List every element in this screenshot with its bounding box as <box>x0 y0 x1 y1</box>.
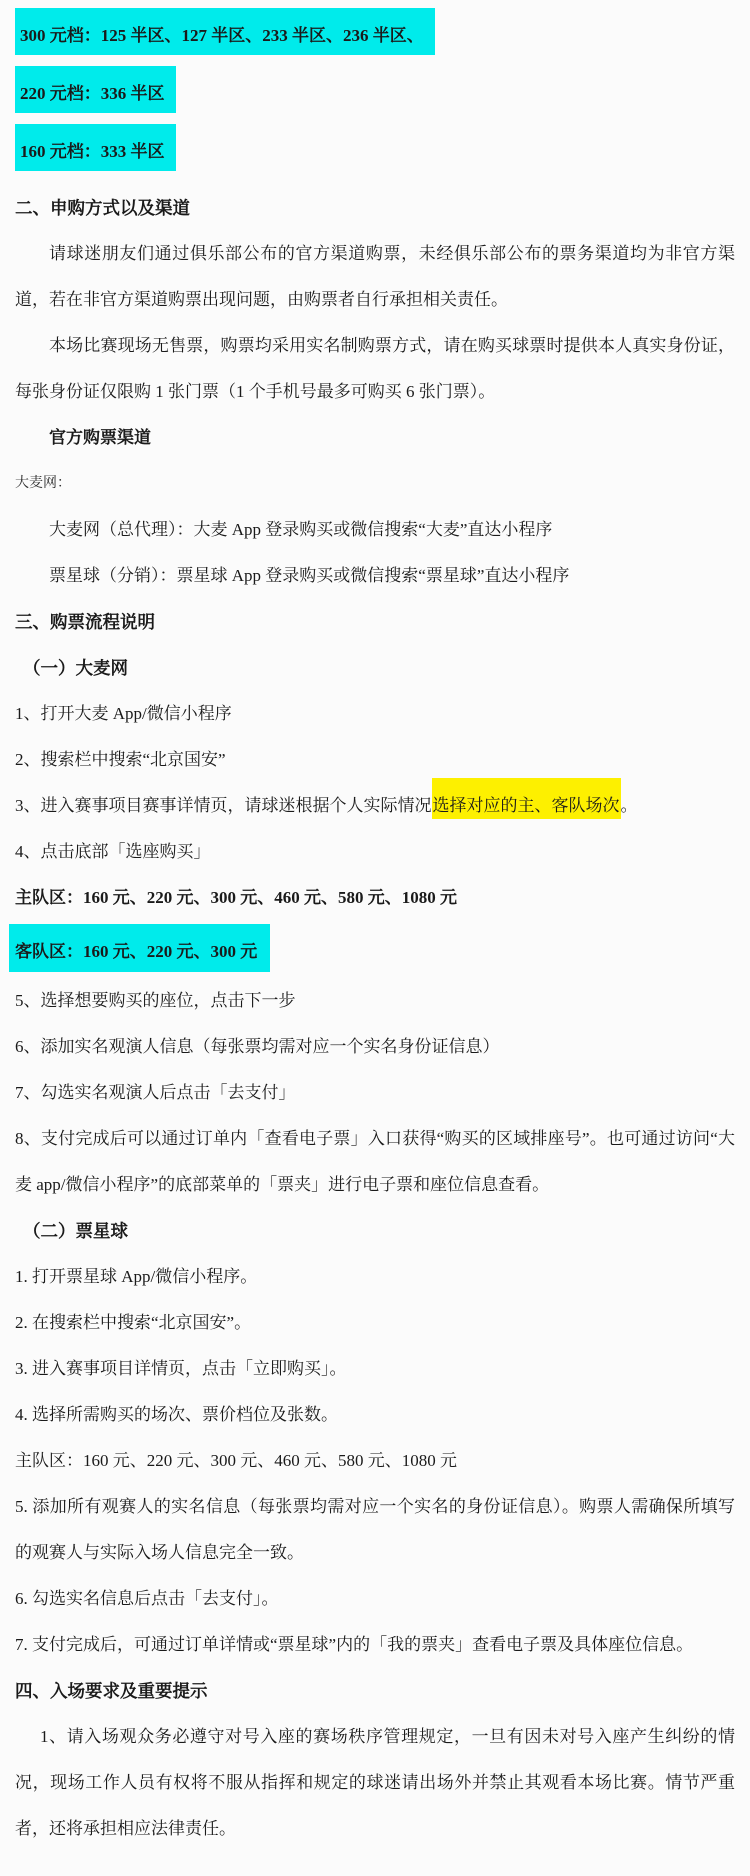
damai-step-2: 2、搜索栏中搜索“北京国安” <box>15 737 735 783</box>
section4-heading: 四、入场要求及重要提示 <box>15 1668 735 1714</box>
price-tier-300-highlight: 300 元档：125 半区、127 半区、233 半区、236 半区、 <box>15 8 435 55</box>
pxq-step-7: 7. 支付完成后，可通过订单详情或“票星球”内的「我的票夹」查看电子票及具体座位… <box>15 1622 735 1668</box>
price-tier-row-300: 300 元档：125 半区、127 半区、233 半区、236 半区、 <box>15 8 735 55</box>
channel-piaoxingqiu: 票星球（分销）：票星球 App 登录购买或微信搜索“票星球”直达小程序 <box>15 553 735 599</box>
section2-para-official-channels-warning: 请球迷朋友们通过俱乐部公布的官方渠道购票，未经俱乐部公布的票务渠道均为非官方渠道… <box>15 231 735 323</box>
price-tier-row-160: 160 元档：333 半区 <box>15 124 735 171</box>
damai-step-5: 5、选择想要购买的座位，点击下一步 <box>15 978 735 1024</box>
damai-step-6: 6、添加实名观演人信息（每张票均需对应一个实名身份证信息） <box>15 1024 735 1070</box>
pxq-step-4: 4. 选择所需购买的场次、票价档位及张数。 <box>15 1392 735 1438</box>
price-tier-220-highlight: 220 元档：336 半区 <box>15 66 176 113</box>
section4-para-seating-rules: 1、请入场观众务必遵守对号入座的赛场秩序管理规定，一旦有因未对号入座产生纠纷的情… <box>15 1714 735 1852</box>
damai-subsection-heading: （一）大麦网 <box>15 645 735 691</box>
damai-step-3-suffix: 。 <box>621 796 638 815</box>
damai-step-4: 4、点击底部「选座购买」 <box>15 829 735 875</box>
damai-home-prices: 主队区：160 元、220 元、300 元、460 元、580 元、1080 元 <box>15 875 735 921</box>
channel-damai: 大麦网（总代理）：大麦 App 登录购买或微信搜索“大麦”直达小程序 <box>15 507 735 553</box>
section2-heading: 二、申购方式以及渠道 <box>15 185 735 231</box>
price-tier-row-220: 220 元档：336 半区 <box>15 66 735 113</box>
damai-step-3-yellow-highlight: 选择对应的主、客队场次 <box>432 778 621 819</box>
section3-heading: 三、购票流程说明 <box>15 599 735 645</box>
official-channels-subheading: 官方购票渠道 <box>15 415 735 461</box>
pxq-step-5: 5. 添加所有观赛人的实名信息（每张票均需对应一个实名的身份证信息）。购票人需确… <box>15 1484 735 1576</box>
pxq-home-prices: 主队区：160 元、220 元、300 元、460 元、580 元、1080 元 <box>15 1438 735 1484</box>
damai-step-3: 3、进入赛事项目赛事详情页，请球迷根据个人实际情况选择对应的主、客队场次。 <box>15 783 735 829</box>
damai-away-prices-row: 客队区：160 元、220 元、300 元 <box>15 921 735 972</box>
section2-para-real-name-policy: 本场比赛现场无售票，购票均采用实名制购票方式，请在购买球票时提供本人真实身份证，… <box>15 323 735 415</box>
pxq-subsection-heading: （二）票星球 <box>15 1208 735 1254</box>
price-tier-160-highlight: 160 元档：333 半区 <box>15 124 176 171</box>
damai-step-1: 1、打开大麦 App/微信小程序 <box>15 691 735 737</box>
ticket-notice-document: 300 元档：125 半区、127 半区、233 半区、236 半区、 220 … <box>0 0 750 1876</box>
damai-step-7: 7、勾选实名观演人后点击「去支付」 <box>15 1070 735 1116</box>
damai-away-prices-highlight: 客队区：160 元、220 元、300 元 <box>9 924 270 972</box>
pxq-step-3: 3. 进入赛事项目详情页，点击「立即购买」。 <box>15 1346 735 1392</box>
damai-step-8: 8、支付完成后可以通过订单内「查看电子票」入口获得“购买的区域排座号”。也可通过… <box>15 1116 735 1208</box>
pxq-step-2: 2. 在搜索栏中搜索“北京国安”。 <box>15 1300 735 1346</box>
pxq-step-1: 1. 打开票星球 App/微信小程序。 <box>15 1254 735 1300</box>
pxq-step-6: 6. 勾选实名信息后点击「去支付」。 <box>15 1576 735 1622</box>
damai-label: 大麦网： <box>15 461 735 507</box>
damai-step-3-prefix: 3、进入赛事项目赛事详情页，请球迷根据个人实际情况 <box>15 796 432 815</box>
